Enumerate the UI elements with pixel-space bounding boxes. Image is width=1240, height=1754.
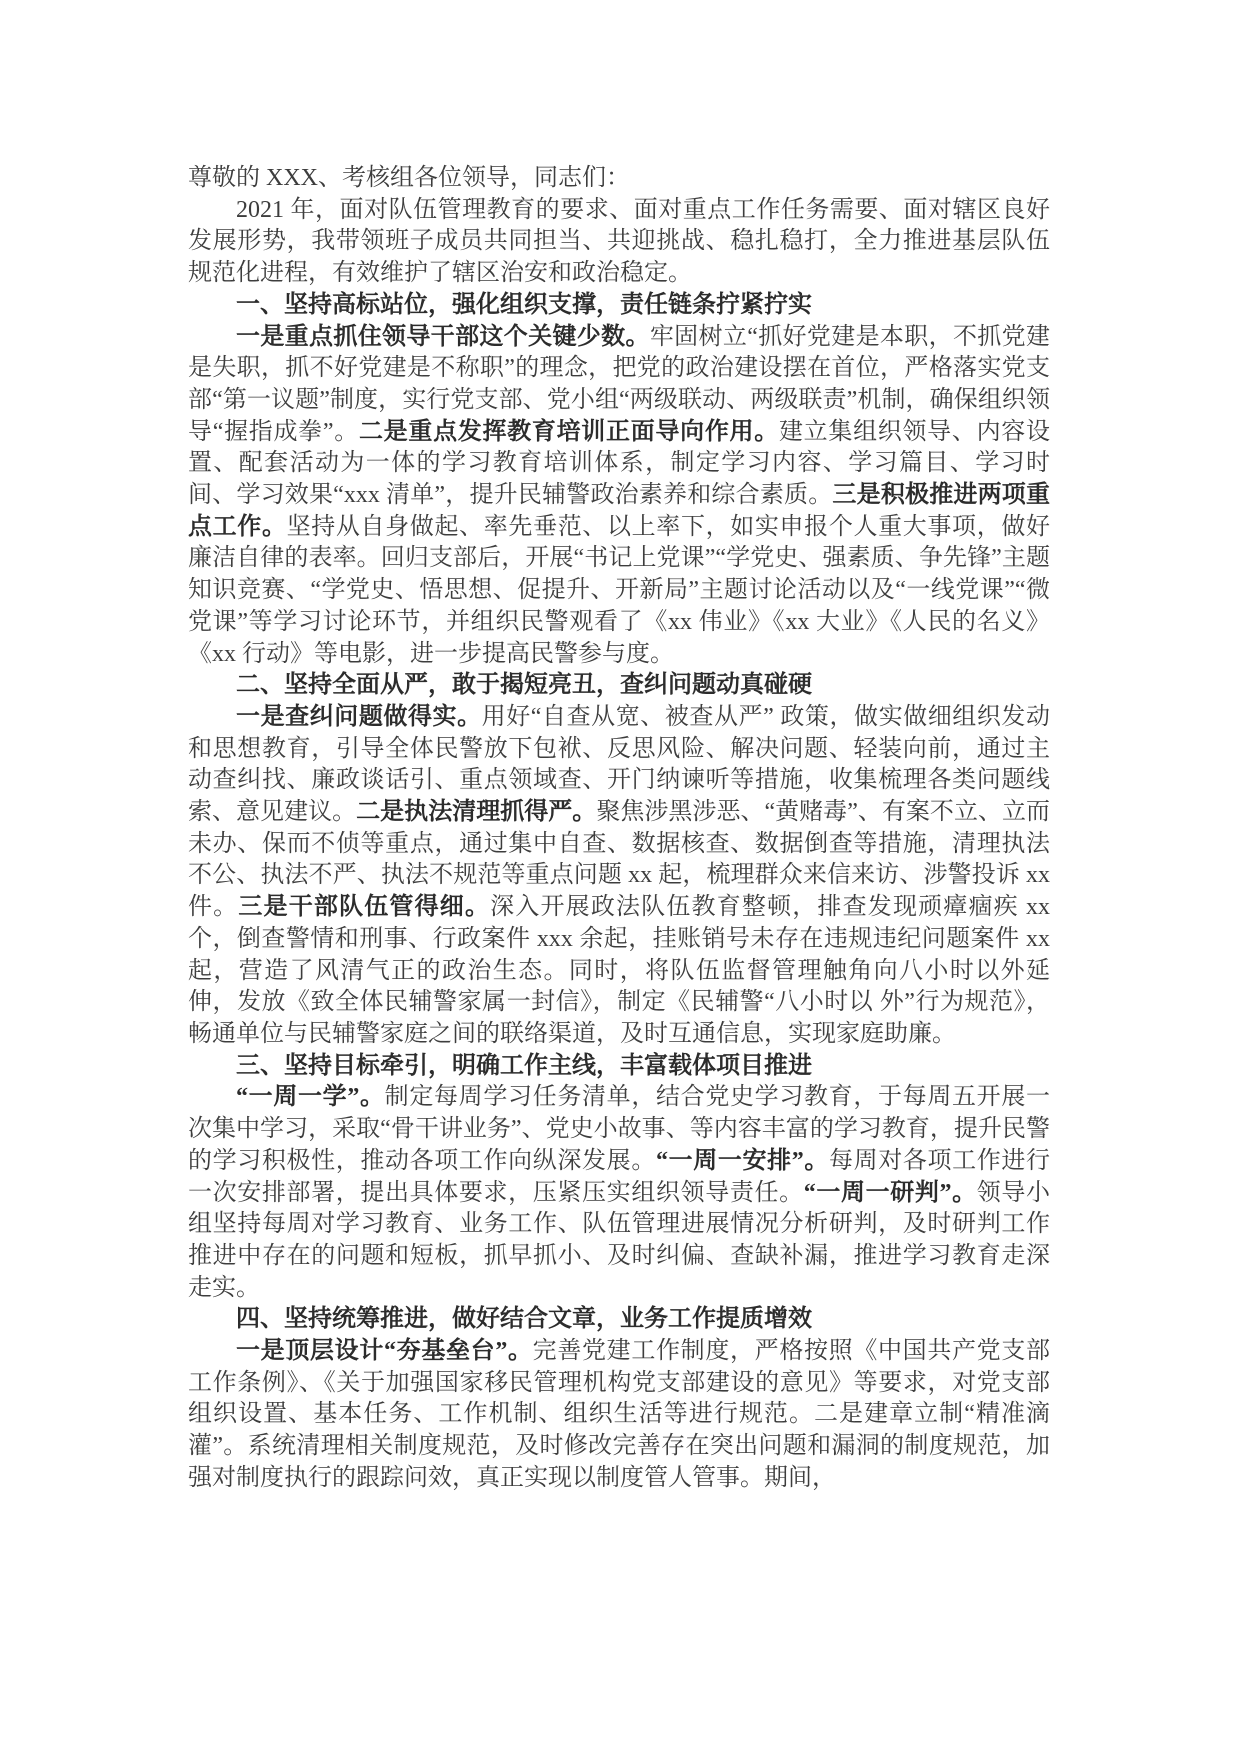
- bold-run: 一是顶层设计“夯基垒台”。: [236, 1338, 533, 1364]
- document-page: 尊敬的 XXX、考核组各位领导，同志们：2021 年，面对队伍管理教育的要求、面…: [0, 0, 1240, 1754]
- text-run: 尊敬的 XXX、考核组各位领导，同志们：: [188, 165, 630, 191]
- paragraph: 一是重点抓住领导干部这个关键少数。牢固树立“抓好党建是本职，不抓党建是失职，抓不…: [188, 322, 1050, 671]
- bold-run: 三、坚持目标牵引，明确工作主线，丰富载体项目推进: [236, 1053, 812, 1079]
- document-body: 尊敬的 XXX、考核组各位领导，同志们：2021 年，面对队伍管理教育的要求、面…: [188, 163, 1050, 1495]
- text-run: 2021 年，面对队伍管理教育的要求、面对重点工作任务需要、面对辖区良好发展形势…: [188, 197, 1050, 286]
- bold-run: 二是重点发挥教育培训正面导向作用。: [359, 419, 779, 445]
- bold-run: 一、坚持高标站位，强化组织支撑，责任链条拧紧拧实: [236, 292, 812, 318]
- bold-run: 二是执法清理抓得严。: [356, 799, 596, 825]
- bold-run: 三是干部队伍管得细。: [238, 894, 490, 920]
- bold-run: 四、坚持统筹推进，做好结合文章，业务工作提质增效: [236, 1306, 812, 1332]
- paragraph: 尊敬的 XXX、考核组各位领导，同志们：: [188, 163, 1050, 195]
- paragraph: 2021 年，面对队伍管理教育的要求、面对重点工作任务需要、面对辖区良好发展形势…: [188, 195, 1050, 290]
- paragraph: 一是顶层设计“夯基垒台”。完善党建工作制度，严格按照《中国共产党支部工作条例》、…: [188, 1336, 1050, 1495]
- section-heading: 四、坚持统筹推进，做好结合文章，业务工作提质增效: [188, 1304, 1050, 1336]
- paragraph: 一是查纠问题做得实。用好“自查从宽、被查从严” 政策，做实做细组织发动和思想教育…: [188, 702, 1050, 1051]
- bold-run: “一周一安排”。: [656, 1148, 829, 1174]
- text-run: 坚持从自身做起、率先垂范、以上率下，如实申报个人重大事项，做好廉洁自律的表率。回…: [188, 514, 1050, 667]
- bold-run: “一周一学”。: [236, 1084, 385, 1110]
- bold-run: 一是重点抓住领导干部这个关键少数。: [236, 324, 650, 350]
- bold-run: “一周一研判”。: [804, 1180, 977, 1206]
- paragraph: “一周一学”。制定每周学习任务清单，结合党史学习教育，于每周五开展一次集中学习，…: [188, 1082, 1050, 1304]
- section-heading: 三、坚持目标牵引，明确工作主线，丰富载体项目推进: [188, 1051, 1050, 1083]
- bold-run: 一是查纠问题做得实。: [236, 704, 482, 730]
- section-heading: 二、坚持全面从严，敢于揭短亮丑，查纠问题动真碰硬: [188, 670, 1050, 702]
- section-heading: 一、坚持高标站位，强化组织支撑，责任链条拧紧拧实: [188, 290, 1050, 322]
- bold-run: 二、坚持全面从严，敢于揭短亮丑，查纠问题动真碰硬: [236, 672, 812, 698]
